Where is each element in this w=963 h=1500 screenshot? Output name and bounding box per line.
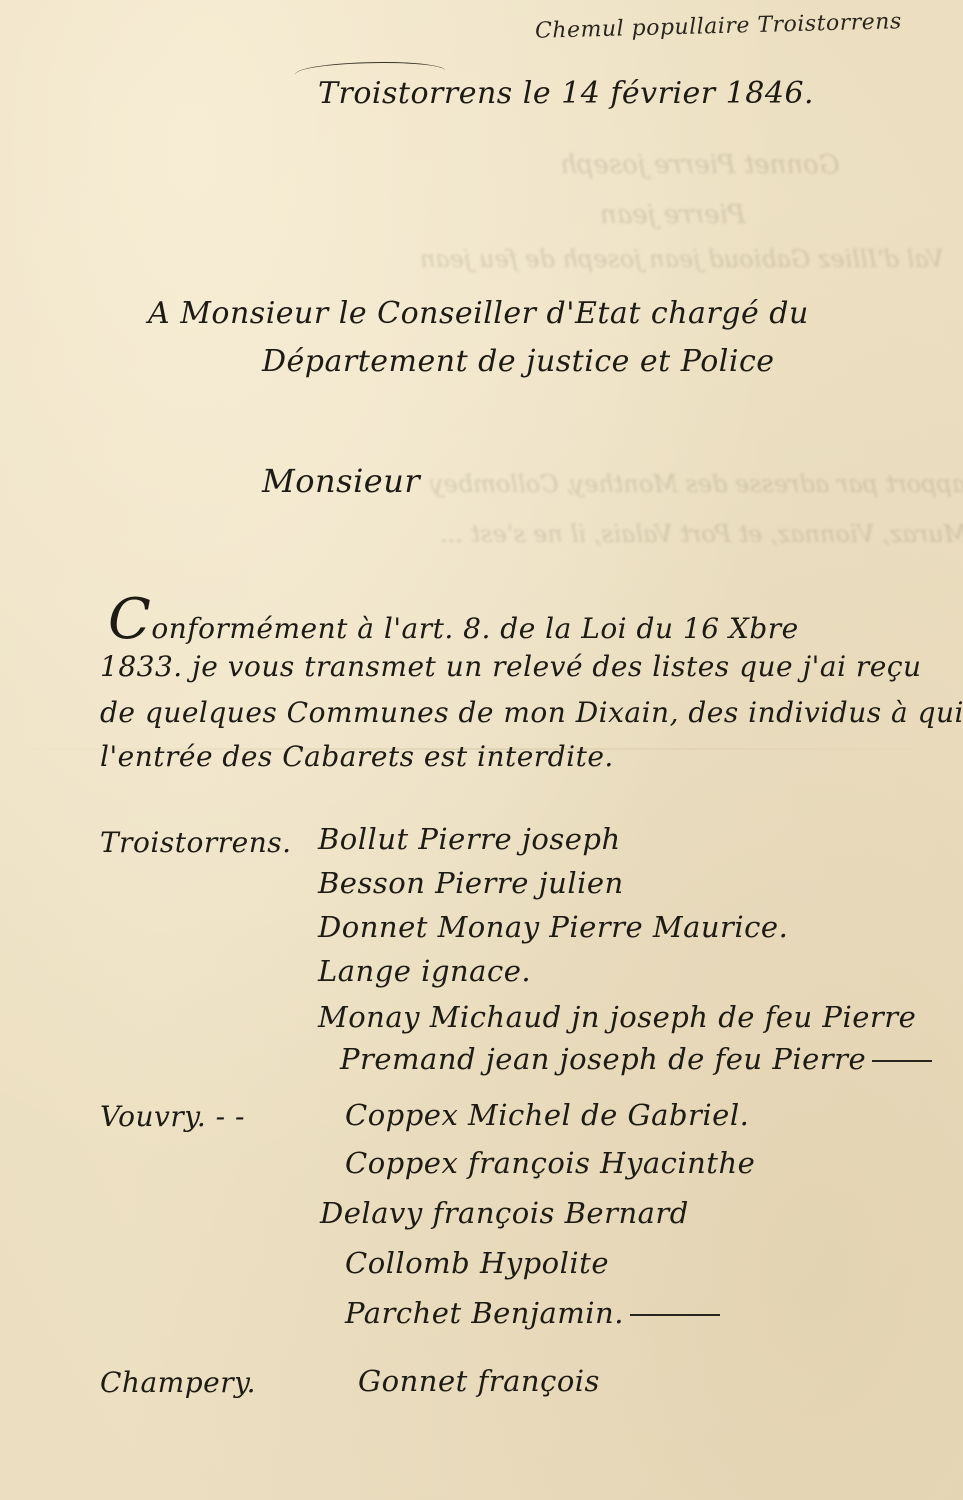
list-item: Coppex Michel de Gabriel. — [345, 1098, 749, 1132]
end-dash — [872, 1060, 932, 1062]
list-item: Monay Michaud jn joseph de feu Pierre — [318, 1000, 916, 1034]
bleed-through-line: Pierre jean — [600, 200, 745, 230]
list-item: Gonnet françois — [358, 1364, 600, 1398]
bleed-through-line: Val d'Illiez Gabioud jean joseph de feu … — [420, 245, 944, 273]
list-item: Coppex françois Hyacinthe — [345, 1146, 755, 1180]
list-item: Delavy françois Bernard — [320, 1196, 689, 1230]
body-line-1-text: onformément à l'art. 8. de la Loi du 16 … — [151, 612, 798, 645]
list-item: Bollut Pierre joseph — [318, 822, 621, 856]
commune-label: Champery. — [100, 1366, 256, 1399]
body-line-2: 1833. je vous transmet un relevé des lis… — [100, 650, 922, 683]
addressee-line-1: A Monsieur le Conseiller d'Etat chargé d… — [148, 296, 809, 331]
commune-label: Vouvry. - - — [100, 1100, 245, 1133]
list-item: Besson Pierre julien — [318, 866, 624, 900]
end-dash — [630, 1314, 720, 1316]
dateline-date: le 14 février 1846. — [523, 76, 814, 111]
body-line-3: de quelques Communes de mon Dixain, des … — [100, 696, 963, 729]
letter-page: Gonnet Pierre joseph Pierre jean Val d'I… — [0, 0, 963, 1500]
list-item-text: Parchet Benjamin. — [345, 1296, 624, 1330]
body-initial-capital: C — [108, 587, 151, 652]
list-item: Lange ignace. — [318, 954, 531, 988]
body-line-1: Conformément à l'art. 8. de la Loi du 16… — [108, 592, 799, 648]
list-item: Premand jean joseph de feu Pierre — [340, 1042, 932, 1076]
body-line-4: l'entrée des Cabarets est interdite. — [100, 740, 614, 773]
commune-label: Troistorrens. — [100, 826, 292, 859]
list-item: Collomb Hypolite — [345, 1246, 609, 1280]
bleed-through-line: Rapport par adresse des Monthey, Collomb… — [430, 470, 963, 498]
bleed-through-line: Muraz, Vionnaz, et Port Valais, il ne s'… — [440, 520, 963, 548]
list-item: Parchet Benjamin. — [345, 1296, 720, 1330]
list-item: Donnet Monay Pierre Maurice. — [318, 910, 788, 944]
list-item-text: Premand jean joseph de feu Pierre — [340, 1042, 866, 1076]
bleed-through-line: Gonnet Pierre joseph — [560, 150, 840, 180]
addressee-line-2: Département de justice et Police — [262, 344, 775, 379]
dateline: Troistorrens le 14 février 1846. — [318, 76, 814, 111]
salutation: Monsieur — [262, 462, 420, 500]
archival-annotation: Chemul popullaire Troistorrens — [535, 9, 902, 44]
dateline-place: Troistorrens — [318, 76, 513, 111]
